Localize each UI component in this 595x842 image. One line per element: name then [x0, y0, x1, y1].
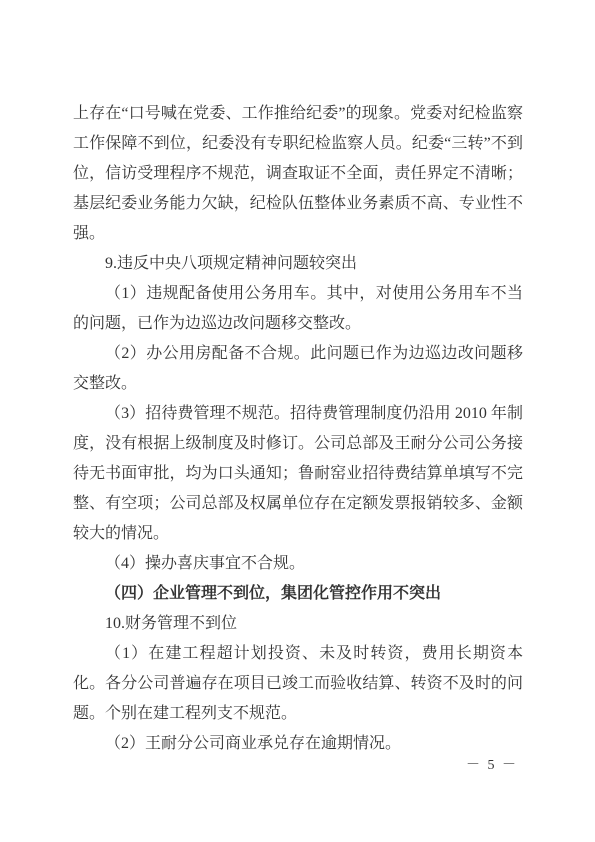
paragraph-item-1-construction-projects: （1）在建工程超计划投资、未及时转资，费用长期资本化。各分公司普遍存在项目已竣工…: [73, 639, 523, 729]
paragraph-item-1-vehicles: （1）违规配备使用公务用车。其中，对使用公务用车不当的问题，已作为边巡边改问题移…: [73, 279, 523, 339]
heading-section-4-enterprise-management: （四）企业管理不到位，集团化管控作用不突出: [73, 579, 523, 609]
document-body: 上存在“口号喊在党委、工作推给纪委”的现象。党委对纪检监察工作保障不到位，纪委没…: [73, 99, 523, 759]
paragraph-item-2-office-rooms: （2）办公用房配备不合规。此问题已作为边巡边改问题移交整改。: [73, 339, 523, 399]
heading-item-10-financial-management: 10.财务管理不到位: [73, 609, 523, 639]
paragraph-item-3-hospitality-fees: （3）招待费管理不规范。招待费管理制度仍沿用 2010 年制度，没有根据上级制度…: [73, 399, 523, 549]
page-number: － 5 －: [462, 756, 522, 776]
paragraph-item-2-commercial-acceptance: （2）王耐分公司商业承兑存在逾期情况。: [73, 729, 523, 759]
heading-item-9: 9.违反中央八项规定精神问题较突出: [73, 249, 523, 279]
paragraph-continued: 上存在“口号喊在党委、工作推给纪委”的现象。党委对纪检监察工作保障不到位，纪委没…: [73, 99, 523, 249]
paragraph-item-4-celebrations: （4）操办喜庆事宜不合规。: [73, 549, 523, 579]
document-page: 上存在“口号喊在党委、工作推给纪委”的现象。党委对纪检监察工作保障不到位，纪委没…: [0, 0, 595, 842]
